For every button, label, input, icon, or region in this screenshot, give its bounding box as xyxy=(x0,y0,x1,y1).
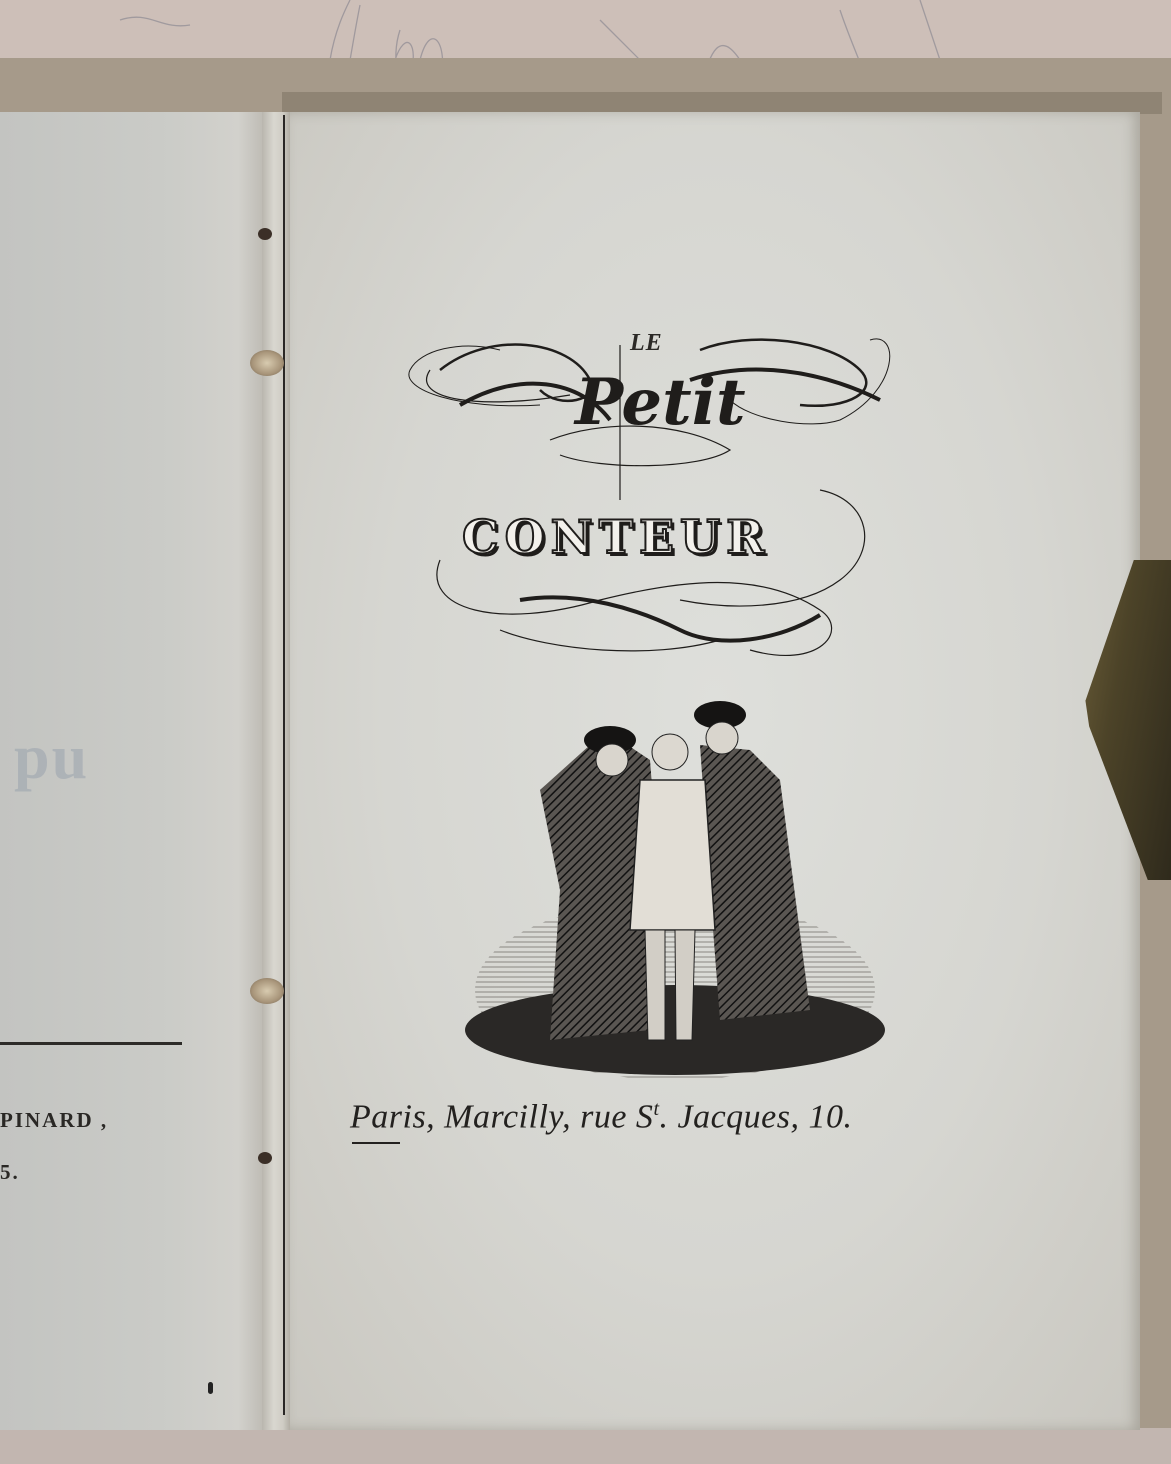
left-page-imprint-line-1: PINARD , xyxy=(0,1108,108,1133)
title-le: LE xyxy=(630,330,663,357)
title-conteur: CONTEUR xyxy=(462,510,770,564)
publisher-imprint: Paris, Marcilly, rue St. Jacques, 10. xyxy=(350,1098,853,1136)
stitch-hole xyxy=(258,1152,272,1164)
book-spine-gutter xyxy=(262,112,292,1430)
binding-stitch xyxy=(250,978,284,1004)
engraving-three-figures-icon xyxy=(460,690,890,1090)
surface-bottom xyxy=(0,1428,1171,1464)
ink-spot xyxy=(208,1382,213,1394)
left-page-rule xyxy=(0,1042,182,1045)
imprint-prefix: Paris, Marcilly, rue S xyxy=(350,1098,653,1135)
gutter-line xyxy=(283,115,285,1415)
stitch-hole xyxy=(258,228,272,240)
left-page-imprint-line-2: 5. xyxy=(0,1160,20,1185)
binding-stitch xyxy=(250,350,284,376)
imprint-underline xyxy=(352,1142,400,1144)
imprint-suffix: . Jacques, 10. xyxy=(660,1098,853,1135)
left-page-faded-text: pu xyxy=(14,720,89,794)
title-block: LE Petit CONTEUR xyxy=(400,310,900,690)
page-top-edge xyxy=(282,92,1162,114)
title-petit: Petit xyxy=(575,365,746,440)
